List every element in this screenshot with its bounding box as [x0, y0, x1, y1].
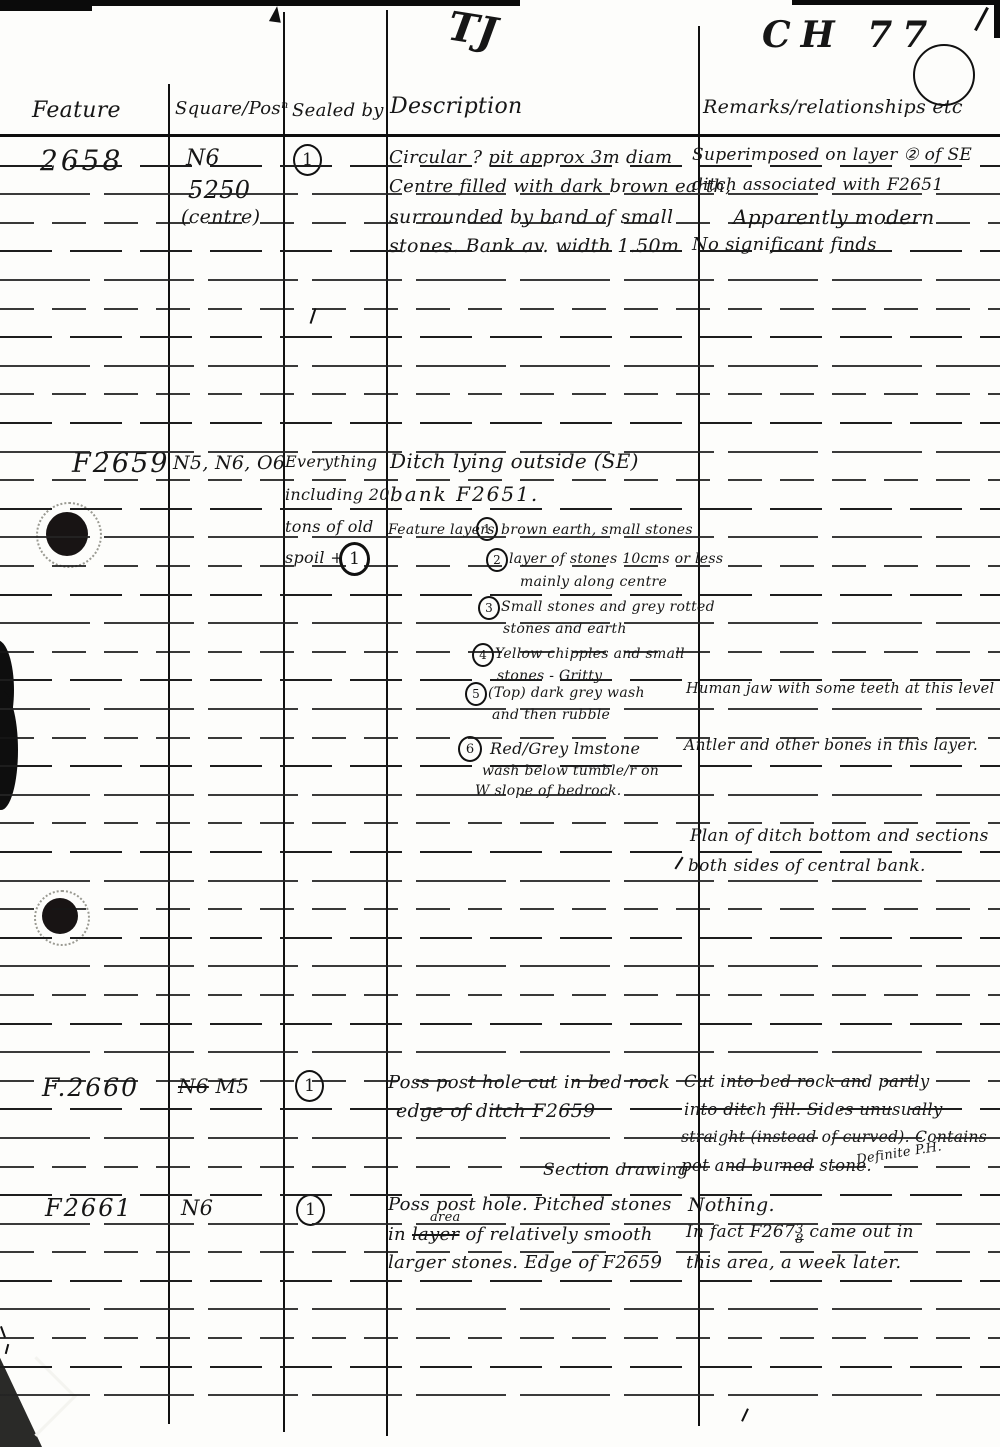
layer-number: 3 — [478, 596, 500, 620]
remarks-line: Plan of ditch bottom and sections — [690, 826, 989, 846]
ruled-line — [0, 1251, 1000, 1253]
corner-initials: TJ — [445, 2, 501, 56]
desc-word-struck: layer — [412, 1224, 459, 1245]
ruled-line — [0, 594, 1000, 596]
layer-text: W slope of bedrock. — [475, 783, 622, 799]
ruled-line — [0, 479, 1000, 481]
ruled-line — [0, 1308, 1000, 1310]
square-pos-rest: M5 — [216, 1074, 250, 1098]
layer-text: stones - Gritty — [497, 668, 602, 684]
record-sheet-page: TJ CH 77 Feature Square/Posⁿ Sealed by D… — [0, 0, 1000, 1447]
site-code: CH 77 — [762, 14, 937, 56]
ruled-line — [0, 1366, 1000, 1368]
ruled-line — [0, 451, 1000, 453]
feature-id: F.2660 — [42, 1073, 139, 1102]
desc-word: in — [388, 1224, 406, 1245]
ruled-line — [0, 794, 1000, 796]
remarks-line: Apparently modern — [733, 205, 935, 229]
ruled-line — [0, 336, 1000, 338]
remarks-line: both sides of central bank. — [688, 856, 926, 876]
square-pos: N5, N6, O6 — [173, 452, 285, 474]
ruled-line — [0, 737, 1000, 739]
layer-text: (Top) dark grey wash — [488, 685, 645, 701]
ruled-line — [0, 851, 1000, 853]
ruled-line — [0, 965, 1000, 967]
scan-edge-bar — [792, 0, 1000, 5]
ruled-line — [0, 1394, 1000, 1396]
ruled-line — [0, 279, 1000, 281]
remarks-word: came out in — [809, 1222, 913, 1242]
col-header-square: Square/Posⁿ — [175, 98, 289, 119]
layer-number: 6 — [458, 736, 482, 762]
remarks-line: Superimposed on layer ② of SE — [692, 145, 972, 165]
sealed-by-line: tons of old — [285, 517, 374, 536]
circled-number: 1 — [296, 1194, 325, 1226]
ruled-line — [0, 708, 1000, 710]
pen-mark — [5, 1344, 10, 1354]
ruled-line — [0, 1337, 1000, 1339]
desc-word: of relatively smooth — [465, 1224, 652, 1245]
remarks-line: Human jaw with some teeth at this level — [686, 681, 994, 697]
sealed-by-layer: 1 — [339, 542, 370, 576]
sealed-by-line: Everything — [285, 452, 377, 471]
remarks-line: ditch associated with F2651 — [692, 175, 943, 195]
corrected-number: 38 — [795, 1225, 804, 1246]
square-pos-struck: N6 — [178, 1074, 209, 1098]
col-header-remarks: Remarks/relationships etc — [703, 96, 963, 118]
ruled-line — [0, 880, 1000, 882]
scan-edge-bar — [0, 0, 92, 11]
square-pos: N6 M5 — [178, 1074, 249, 1098]
description-line: bank F2651. — [390, 482, 539, 506]
ruled-line — [0, 937, 1000, 939]
ruled-line — [0, 1108, 1000, 1110]
remarks-line: In fact F26738 came out in — [686, 1222, 914, 1245]
ruled-line — [0, 1223, 1000, 1225]
remarks-line: this area, a week later. — [686, 1252, 901, 1273]
layer-text: Red/Grey lmstone — [490, 739, 640, 758]
square-pos: 5250 — [188, 176, 250, 204]
ruled-line — [0, 994, 1000, 996]
scan-mark — [974, 7, 989, 31]
ruled-line — [0, 622, 1000, 624]
layer-number: 5 — [465, 682, 487, 706]
circled-number: 1 — [293, 144, 322, 176]
ruled-line — [0, 165, 1000, 167]
layer-text: Yellow chipples and small — [495, 646, 685, 662]
sealed-by-line: including 20 — [285, 485, 390, 504]
feature-id: 2658 — [40, 144, 123, 177]
sealed-by-layer: 1 — [295, 1070, 324, 1102]
ruled-line — [0, 679, 1000, 681]
header-rule — [0, 134, 1000, 137]
ruled-line — [0, 651, 1000, 653]
ruled-line — [0, 1051, 1000, 1053]
square-pos: (centre) — [181, 206, 260, 228]
pen-mark — [741, 1408, 749, 1422]
column-divider — [283, 12, 285, 1432]
description-line: larger stones. Edge of F2659 — [388, 1252, 662, 1273]
scan-edge-bar — [994, 0, 1000, 38]
square-pos: N6 — [186, 146, 220, 171]
punch-hole — [42, 898, 78, 934]
ruled-line — [0, 508, 1000, 510]
ruled-line — [0, 1023, 1000, 1025]
sealed-by-layer: 1 — [296, 1194, 325, 1226]
ruled-line — [0, 393, 1000, 395]
ruled-line — [0, 193, 1000, 195]
layer-text: mainly along centre — [520, 574, 667, 590]
ruled-line — [0, 765, 1000, 767]
ruled-line — [0, 250, 1000, 252]
feature-id: F2661 — [45, 1194, 133, 1222]
col-header-feature: Feature — [32, 98, 121, 123]
ruled-line — [0, 536, 1000, 538]
description-note: Section drawing — [543, 1160, 689, 1180]
col-header-sealed: Sealed by — [292, 100, 384, 121]
ruled-line — [0, 365, 1000, 367]
ruled-line — [0, 1194, 1000, 1196]
ruled-line — [0, 422, 1000, 424]
ruled-line — [0, 222, 1000, 224]
punch-hole — [46, 512, 88, 556]
layer-text: Small stones and grey rotted — [501, 599, 715, 615]
ruled-line — [0, 1080, 1000, 1082]
description-line: surrounded by band of small — [389, 206, 673, 228]
ruled-line — [0, 1137, 1000, 1139]
ruled-line — [0, 308, 1000, 310]
layer-number: 4 — [472, 643, 494, 667]
col-header-description: Description — [390, 94, 523, 119]
circled-number: 1 — [339, 542, 370, 576]
ruled-line — [0, 565, 1000, 567]
ruled-line — [0, 908, 1000, 910]
ruled-line — [0, 1280, 1000, 1282]
sealed-by-layer: 1 — [293, 144, 322, 176]
circled-number: 1 — [295, 1070, 324, 1102]
remarks-line: Nothing. — [688, 1194, 775, 1216]
pen-mark — [310, 308, 317, 324]
remarks-word: In fact F267 — [686, 1222, 795, 1242]
square-pos: N6 — [181, 1196, 213, 1220]
arrow-mark — [269, 5, 283, 23]
ruled-line — [0, 1166, 1000, 1168]
description-line: in layer of relatively smooth — [388, 1224, 653, 1245]
caret-mark — [674, 857, 683, 870]
description-line: edge of ditch F2659 — [396, 1100, 595, 1122]
layer-number: 2 — [486, 548, 508, 572]
description-line: stones. Bank av. width 1.50m — [389, 235, 679, 257]
description-line: Poss post hole cut in bed rock — [388, 1072, 670, 1093]
ruled-line — [0, 822, 1000, 824]
